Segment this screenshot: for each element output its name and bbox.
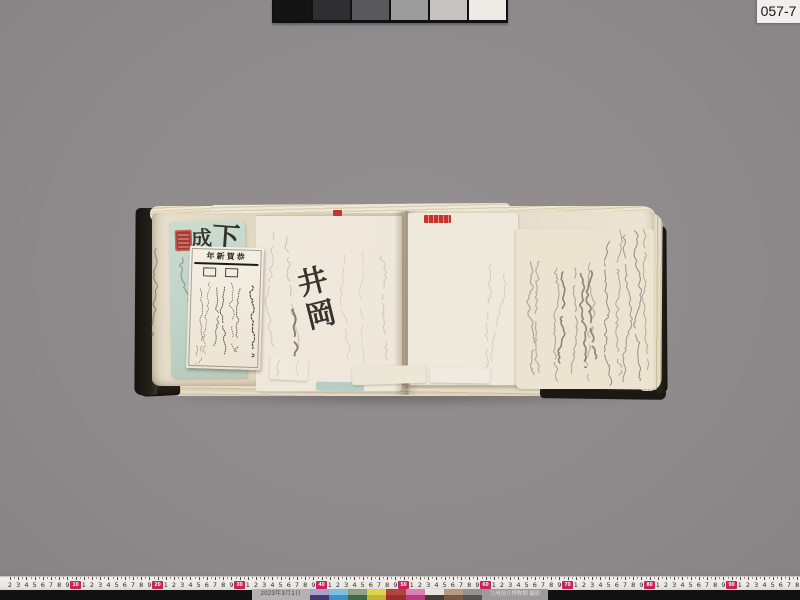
ruler-tick bbox=[699, 577, 700, 580]
ruler-tick bbox=[781, 577, 782, 580]
ruler-minor-tick bbox=[523, 577, 524, 579]
ruler-minor-tick bbox=[441, 577, 442, 579]
color-patch bbox=[406, 595, 425, 600]
ruler-minor-tick bbox=[769, 577, 770, 579]
ruler-minor-tick bbox=[490, 577, 491, 579]
ruler-tick bbox=[108, 577, 109, 580]
ruler-minor-tick bbox=[539, 577, 540, 579]
grayscale-patch bbox=[469, 0, 506, 20]
ruler-minor-tick bbox=[121, 577, 122, 579]
ruler-minor-tick bbox=[96, 577, 97, 579]
ruler-tick bbox=[428, 577, 429, 580]
ruler-minor-tick bbox=[268, 577, 269, 579]
ruler-tick bbox=[67, 577, 68, 580]
ruler-minor-tick bbox=[318, 577, 319, 579]
color-patch bbox=[386, 595, 405, 600]
ruler-tick bbox=[371, 577, 372, 580]
ruler-minor-tick bbox=[736, 577, 737, 579]
ruler-tick bbox=[469, 577, 470, 580]
ruler-minor-tick bbox=[350, 577, 351, 579]
ruler-tick bbox=[149, 577, 150, 580]
ruler-minor-tick bbox=[555, 577, 556, 579]
ruler-minor-tick bbox=[432, 577, 433, 579]
loose-paper-slip bbox=[352, 365, 427, 386]
color-patch bbox=[348, 595, 367, 600]
ruler-minor-tick bbox=[473, 577, 474, 579]
ruler-minor-tick bbox=[744, 577, 745, 579]
ruler-tick bbox=[641, 577, 642, 580]
ruler-tick bbox=[486, 577, 487, 580]
ruler-tick bbox=[666, 577, 667, 580]
ruler-tick bbox=[527, 577, 528, 580]
ruler-minor-tick bbox=[605, 577, 606, 579]
ruler-minor-tick bbox=[203, 577, 204, 579]
ruler-tick bbox=[412, 577, 413, 580]
ruler-minor-tick bbox=[564, 577, 565, 579]
color-patch bbox=[329, 595, 348, 600]
handwriting-left-margin bbox=[146, 240, 166, 345]
ruler-tick bbox=[43, 577, 44, 580]
ruler-minor-tick bbox=[408, 577, 409, 579]
ruler-minor-tick bbox=[113, 577, 114, 579]
color-calibration-strip bbox=[310, 589, 482, 600]
ruler-tick bbox=[592, 577, 593, 580]
card-small-box bbox=[203, 267, 216, 276]
printed-greeting-card: 年新賀恭 bbox=[186, 246, 264, 370]
ruler-tick bbox=[190, 577, 191, 580]
ruler-tick bbox=[313, 577, 314, 580]
ruler-tick bbox=[379, 577, 380, 580]
ruler-tick bbox=[773, 577, 774, 580]
ruler-tick bbox=[84, 577, 85, 580]
ruler-tick bbox=[445, 577, 446, 580]
ruler-tick bbox=[453, 577, 454, 580]
card-header-kyoga-shinnen: 年新賀恭 bbox=[189, 250, 263, 263]
ruler-minor-tick bbox=[170, 577, 171, 579]
ruler-minor-tick bbox=[687, 577, 688, 579]
ruler-tick bbox=[477, 577, 478, 580]
ruler-tick bbox=[543, 577, 544, 580]
ruler-tick bbox=[691, 577, 692, 580]
ruler-minor-tick bbox=[14, 577, 15, 579]
ruler-tick bbox=[789, 577, 790, 580]
ruler-tick bbox=[125, 577, 126, 580]
ruler-tick bbox=[223, 577, 224, 580]
color-patch bbox=[310, 595, 329, 600]
ruler-tick bbox=[658, 577, 659, 580]
ruler-minor-tick bbox=[375, 577, 376, 579]
museum-credit-label: 九州国立博物館 撮影 bbox=[482, 589, 548, 600]
color-patch-column bbox=[310, 589, 329, 600]
ruler-minor-tick bbox=[498, 577, 499, 579]
ruler-tick bbox=[272, 577, 273, 580]
ruler-tick bbox=[502, 577, 503, 580]
ruler-minor-tick bbox=[137, 577, 138, 579]
ruler-minor-tick bbox=[547, 577, 548, 579]
ruler-tick bbox=[715, 577, 716, 580]
color-patch-column bbox=[329, 589, 348, 600]
ruler-tick bbox=[117, 577, 118, 580]
ruler-minor-tick bbox=[219, 577, 220, 579]
red-stamp-fragment bbox=[333, 210, 342, 216]
ruler-minor-tick bbox=[400, 577, 401, 579]
ruler-minor-tick bbox=[449, 577, 450, 579]
ruler-minor-tick bbox=[777, 577, 778, 579]
card-small-box bbox=[225, 268, 238, 277]
ruler-tick bbox=[436, 577, 437, 580]
ruler-minor-tick bbox=[154, 577, 155, 579]
ruler-minor-tick bbox=[244, 577, 245, 579]
ruler-tick bbox=[732, 577, 733, 580]
loose-paper-slip bbox=[430, 367, 490, 383]
ruler-tick bbox=[756, 577, 757, 580]
ruler-minor-tick bbox=[703, 577, 704, 579]
ruler-minor-tick bbox=[285, 577, 286, 579]
ruler-minor-tick bbox=[236, 577, 237, 579]
ruler-tick bbox=[158, 577, 159, 580]
ruler-tick bbox=[363, 577, 364, 580]
ruler-minor-tick bbox=[629, 577, 630, 579]
ruler-minor-tick bbox=[63, 577, 64, 579]
ruler-minor-tick bbox=[760, 577, 761, 579]
ruler-minor-tick bbox=[793, 577, 794, 579]
ruler-minor-tick bbox=[596, 577, 597, 579]
color-patch-column bbox=[367, 589, 386, 600]
ruler-minor-tick bbox=[277, 577, 278, 579]
ruler-tick bbox=[723, 577, 724, 580]
ruler-minor-tick bbox=[613, 577, 614, 579]
ruler-minor-tick bbox=[293, 577, 294, 579]
ruler-tick bbox=[248, 577, 249, 580]
ruler-minor-tick bbox=[334, 577, 335, 579]
color-patch-column bbox=[463, 589, 482, 600]
grayscale-patch bbox=[430, 0, 467, 20]
ruler-tick bbox=[322, 577, 323, 580]
ruler-minor-tick bbox=[416, 577, 417, 579]
ruler-minor-tick bbox=[72, 577, 73, 579]
ruler-minor-tick bbox=[662, 577, 663, 579]
ruler-tick bbox=[518, 577, 519, 580]
ruler-minor-tick bbox=[88, 577, 89, 579]
ruler-minor-tick bbox=[359, 577, 360, 579]
ruler-tick bbox=[764, 577, 765, 580]
ruler-tick bbox=[305, 577, 306, 580]
ruler-tick bbox=[330, 577, 331, 580]
ruler-minor-tick bbox=[211, 577, 212, 579]
ruler-number: 8 bbox=[793, 581, 800, 589]
ruler-minor-tick bbox=[482, 577, 483, 579]
grayscale-patch bbox=[313, 0, 350, 20]
ruler-tick bbox=[174, 577, 175, 580]
color-patch bbox=[425, 595, 444, 600]
color-patch-column bbox=[425, 589, 444, 600]
photo-id-label: 057-7 bbox=[757, 0, 800, 23]
color-patch bbox=[463, 595, 482, 600]
ruler-tick bbox=[141, 577, 142, 580]
ruler-tick bbox=[748, 577, 749, 580]
ruler-tick bbox=[568, 577, 569, 580]
ruler-tick bbox=[18, 577, 19, 580]
ruler-tick bbox=[420, 577, 421, 580]
ruler-minor-tick bbox=[621, 577, 622, 579]
ruler-minor-tick bbox=[31, 577, 32, 579]
ruler-minor-tick bbox=[252, 577, 253, 579]
ruler-minor-tick bbox=[695, 577, 696, 579]
ruler-tick bbox=[281, 577, 282, 580]
cursive-letter-bold-strokes bbox=[552, 268, 604, 368]
card-sender-block bbox=[191, 344, 206, 364]
ruler-tick bbox=[76, 577, 77, 580]
ruler-tick bbox=[297, 577, 298, 580]
ruler-tick bbox=[26, 577, 27, 580]
ruler-tick bbox=[404, 577, 405, 580]
ruler-minor-tick bbox=[342, 577, 343, 579]
ruler-tick bbox=[584, 577, 585, 580]
faint-writing-on-slip bbox=[276, 358, 304, 378]
ruler-tick bbox=[510, 577, 511, 580]
ruler-tick bbox=[51, 577, 52, 580]
red-label-fragment bbox=[424, 215, 451, 223]
ruler-minor-tick bbox=[178, 577, 179, 579]
ruler-tick bbox=[461, 577, 462, 580]
ruler-minor-tick bbox=[80, 577, 81, 579]
ruler-minor-tick bbox=[424, 577, 425, 579]
ruler-minor-tick bbox=[506, 577, 507, 579]
ruler-tick bbox=[494, 577, 495, 580]
ruler-minor-tick bbox=[678, 577, 679, 579]
ruler-tick bbox=[617, 577, 618, 580]
archive-photo-scene: 057-7 下 成 井岡 年新賀恭 2345678910 bbox=[0, 0, 800, 600]
ruler-minor-tick bbox=[580, 577, 581, 579]
ruler-minor-tick bbox=[728, 577, 729, 579]
ruler-tick bbox=[387, 577, 388, 580]
color-patch bbox=[367, 595, 386, 600]
ruler-minor-tick bbox=[646, 577, 647, 579]
ruler-tick bbox=[346, 577, 347, 580]
ruler-minor-tick bbox=[785, 577, 786, 579]
ruler-tick bbox=[707, 577, 708, 580]
ruler-minor-tick bbox=[145, 577, 146, 579]
ruler-tick bbox=[289, 577, 290, 580]
ruler-tick bbox=[10, 577, 11, 580]
faint-writing-center-page bbox=[480, 252, 506, 370]
ruler-minor-tick bbox=[129, 577, 130, 579]
ruler-tick bbox=[166, 577, 167, 580]
ruler-tick bbox=[625, 577, 626, 580]
grayscale-calibration-strip bbox=[272, 0, 508, 23]
ruler-minor-tick bbox=[572, 577, 573, 579]
ruler-minor-tick bbox=[531, 577, 532, 579]
ruler-tick bbox=[797, 577, 798, 580]
ruler-minor-tick bbox=[186, 577, 187, 579]
ruler-tick bbox=[240, 577, 241, 580]
ruler-tick bbox=[231, 577, 232, 580]
ruler-tick bbox=[633, 577, 634, 580]
ruler-tick bbox=[395, 577, 396, 580]
faint-writing-left-page bbox=[336, 238, 394, 378]
ruler-minor-tick bbox=[227, 577, 228, 579]
ruler-tick bbox=[682, 577, 683, 580]
ruler-tick bbox=[100, 577, 101, 580]
color-patch-column bbox=[406, 589, 425, 600]
color-patch bbox=[444, 595, 463, 600]
ruler-minor-tick bbox=[637, 577, 638, 579]
ruler-minor-tick bbox=[514, 577, 515, 579]
ruler-tick bbox=[207, 577, 208, 580]
ruler-minor-tick bbox=[367, 577, 368, 579]
ruler-minor-tick bbox=[588, 577, 589, 579]
ruler-tick bbox=[354, 577, 355, 580]
ruler-tick bbox=[182, 577, 183, 580]
ruler-minor-tick bbox=[711, 577, 712, 579]
ruler-tick bbox=[559, 577, 560, 580]
ruler-minor-tick bbox=[22, 577, 23, 579]
ruler-minor-tick bbox=[47, 577, 48, 579]
ruler-tick bbox=[133, 577, 134, 580]
ruler-minor-tick bbox=[457, 577, 458, 579]
ruler-minor-tick bbox=[104, 577, 105, 579]
ruler-tick bbox=[609, 577, 610, 580]
ruler-minor-tick bbox=[195, 577, 196, 579]
ruler-tick bbox=[338, 577, 339, 580]
ruler-tick bbox=[256, 577, 257, 580]
ruler-minor-tick bbox=[39, 577, 40, 579]
color-patch-column bbox=[386, 589, 405, 600]
ruler-minor-tick bbox=[752, 577, 753, 579]
ruler-minor-tick bbox=[391, 577, 392, 579]
ruler-minor-tick bbox=[162, 577, 163, 579]
ruler-tick bbox=[650, 577, 651, 580]
ruler-minor-tick bbox=[301, 577, 302, 579]
ruler-minor-tick bbox=[654, 577, 655, 579]
ruler-minor-tick bbox=[260, 577, 261, 579]
ruler-minor-tick bbox=[465, 577, 466, 579]
ruler-minor-tick bbox=[383, 577, 384, 579]
grayscale-patch bbox=[352, 0, 389, 20]
ruler-tick bbox=[59, 577, 60, 580]
cursive-letter-dense-columns bbox=[604, 220, 650, 388]
color-patch-column bbox=[348, 589, 367, 600]
ruler-tick bbox=[740, 577, 741, 580]
grayscale-patch bbox=[274, 0, 311, 20]
ruler-tick bbox=[551, 577, 552, 580]
ruler-tick bbox=[600, 577, 601, 580]
ruler-tick bbox=[92, 577, 93, 580]
ruler-minor-tick bbox=[309, 577, 310, 579]
ruler-tick bbox=[674, 577, 675, 580]
ruler-tick bbox=[35, 577, 36, 580]
ruler-minor-tick bbox=[719, 577, 720, 579]
ruler-tick bbox=[199, 577, 200, 580]
ruler-tick bbox=[215, 577, 216, 580]
grayscale-patch bbox=[391, 0, 428, 20]
ruler-minor-tick bbox=[326, 577, 327, 579]
ruler-tick bbox=[576, 577, 577, 580]
photo-date-label: 2023年3月1日 bbox=[252, 589, 310, 600]
ruler-tick bbox=[535, 577, 536, 580]
ruler-tick bbox=[264, 577, 265, 580]
color-patch-column bbox=[444, 589, 463, 600]
ruler-minor-tick bbox=[670, 577, 671, 579]
ruler-minor-tick bbox=[55, 577, 56, 579]
